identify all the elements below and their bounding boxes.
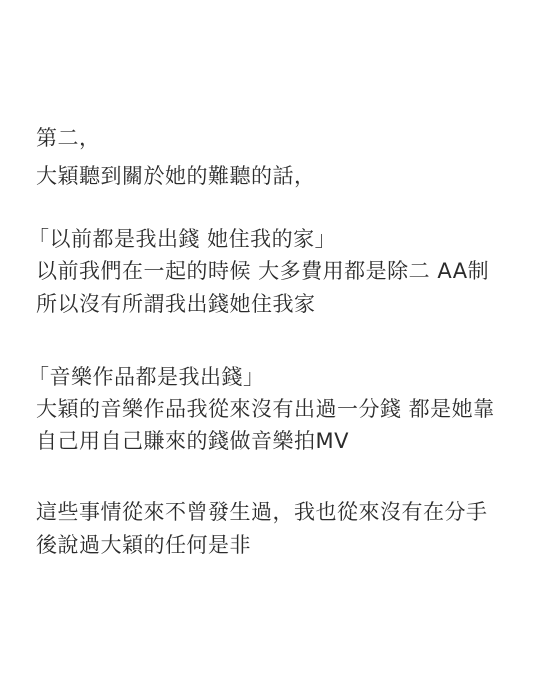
text-line: 大穎聽到關於她的難聽的話， [36,163,316,189]
text-line: 這些事情從來不曾發生過，我也從來沒有在分手 [36,499,488,525]
quoted-claim: 「音樂作品都是我出錢」 [28,364,265,390]
text-line: 所以沒有所謂我出錢她住我家 [36,291,316,317]
text-line: 大穎的音樂作品我從來沒有出過一分錢 都是她靠 [36,396,495,422]
text-line: 自己用自己賺來的錢做音樂拍MV [36,428,349,454]
text-line: 以前我們在一起的時候 大多費用都是除二 AA制 [36,258,489,284]
text-line: 第二， [36,125,101,151]
quoted-claim: 「以前都是我出錢 她住我的家」 [28,226,336,252]
text-line: 後說過大穎的任何是非 [36,532,251,558]
